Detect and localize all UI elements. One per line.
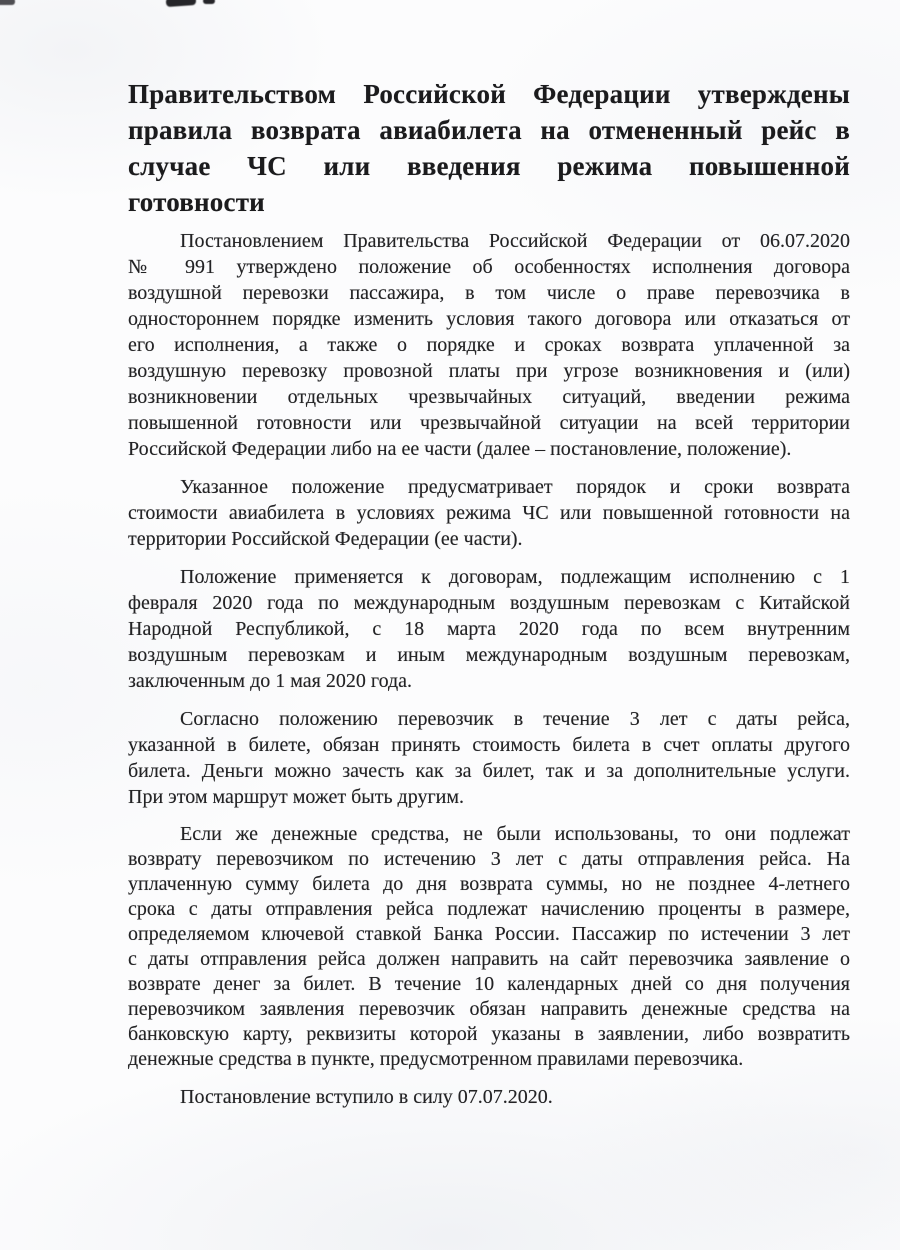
text-line: билета. Деньги можно зачесть как за биле… <box>128 758 850 784</box>
paragraph-refund-scope: Указанное положение предусматривает поря… <box>128 474 850 552</box>
text-line: стоимости авиабилета в условиях режима Ч… <box>128 500 850 526</box>
ink-speck-top-left-corner <box>0 0 15 5</box>
text-line: уплаченную сумму билета до дня возврата … <box>128 872 850 897</box>
text-line: Постановление вступило в силу 07.07.2020… <box>128 1084 850 1110</box>
text-line: Народной Республикой, с 18 марта 2020 го… <box>128 616 850 642</box>
text-line: Если же денежные средства, не были испол… <box>128 822 850 847</box>
text-line: одностороннем порядке изменить условия т… <box>128 306 850 332</box>
text-line: февраля 2020 года по международным возду… <box>128 590 850 616</box>
text-line: с даты отправления рейса должен направит… <box>128 947 850 972</box>
paragraph-ticket-credit-rules: Согласно положению перевозчик в течение … <box>128 706 850 810</box>
text-line: Согласно положению перевозчик в течение … <box>128 706 850 732</box>
text-line: возврате денег за билет. В течение 10 ка… <box>128 972 850 997</box>
text-line: Указанное положение предусматривает поря… <box>128 474 850 500</box>
paragraph-effective-date: Постановление вступило в силу 07.07.2020… <box>128 1084 850 1110</box>
text-line: заключенным до 1 мая 2020 года. <box>128 668 850 694</box>
ink-smudge-top-edge <box>166 0 197 7</box>
text-line: банковскую карту, реквизиты которой указ… <box>128 1022 850 1047</box>
text-line: воздушной перевозки пассажира, в том чис… <box>128 280 850 306</box>
text-line: денежные средства в пункте, предусмотрен… <box>128 1047 850 1072</box>
document-title: Правительством Российской Федерации утве… <box>128 76 850 220</box>
text-line: определяемом ключевой ставкой Банка Росс… <box>128 922 850 947</box>
text-line: При этом маршрут может быть другим. <box>128 784 850 810</box>
text-line: перевозчиком заявления перевозчик обязан… <box>128 997 850 1022</box>
scanned-document-page: Правительством Российской Федерации утве… <box>128 76 850 1122</box>
text-line: Правительством Российской Федерации утве… <box>128 76 850 112</box>
paragraph-decree-overview: Постановлением Правительства Российской … <box>128 228 850 462</box>
text-line: территории Российской Федерации (ее част… <box>128 526 850 552</box>
text-line: срока с даты отправления рейса подлежат … <box>128 897 850 922</box>
ink-dot-top-edge <box>203 0 215 4</box>
paragraph-refund-procedure: Если же денежные средства, не были испол… <box>128 822 850 1072</box>
text-line: № 991 утверждено положение об особенност… <box>128 254 850 280</box>
text-line: повышенной готовности или чрезвычайной с… <box>128 410 850 436</box>
text-line: его исполнения, а также о порядке и срок… <box>128 332 850 358</box>
text-line: указанной в билете, обязан принять стоим… <box>128 732 850 758</box>
text-line: готовности <box>128 184 850 220</box>
paragraph-applicability-dates: Положение применяется к договорам, подле… <box>128 564 850 694</box>
text-line: правила возврата авиабилета на отмененны… <box>128 112 850 148</box>
text-line: воздушную перевозку провозной платы при … <box>128 358 850 384</box>
text-line: возникновении отдельных чрезвычайных сит… <box>128 384 850 410</box>
text-line: возврату перевозчиком по истечению 3 лет… <box>128 847 850 872</box>
text-line: случае ЧС или введения режима повышенной <box>128 148 850 184</box>
text-line: Положение применяется к договорам, подле… <box>128 564 850 590</box>
text-line: воздушным перевозкам и иным международны… <box>128 642 850 668</box>
text-line: Российской Федерации либо на ее части (д… <box>128 436 850 462</box>
text-line: Постановлением Правительства Российской … <box>128 228 850 254</box>
